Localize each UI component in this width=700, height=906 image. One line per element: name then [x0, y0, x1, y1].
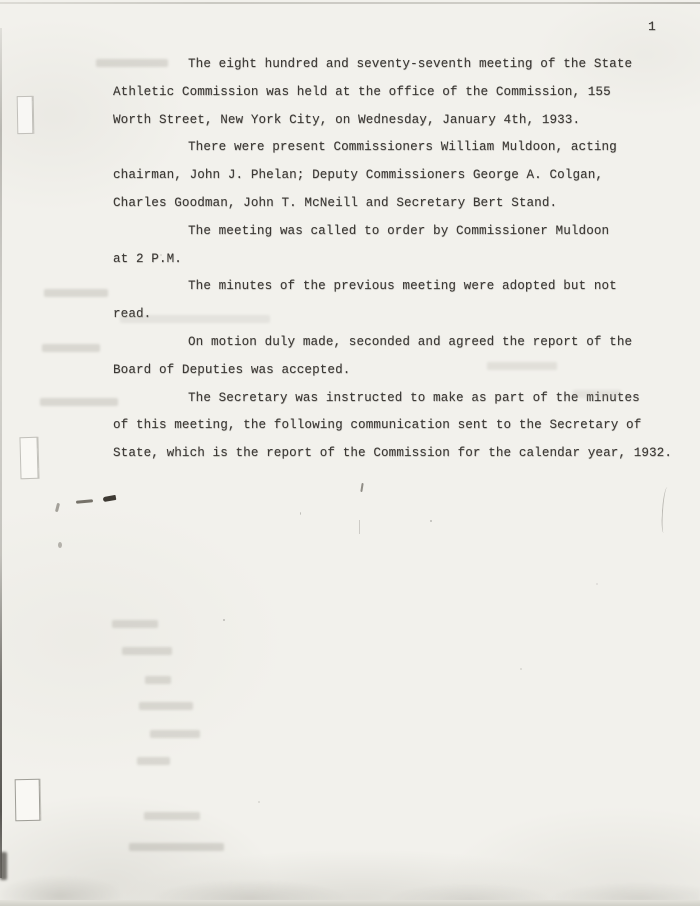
pen-tick-mark: [58, 542, 62, 548]
faint-scratch-mark: [359, 520, 360, 534]
page-top-edge: [0, 2, 700, 4]
page-bottom-edge: [0, 900, 700, 906]
ghost-smudge: [137, 757, 170, 765]
text-line: of this meeting, the following communica…: [113, 412, 658, 440]
text-line: Worth Street, New York City, on Wednesda…: [113, 107, 658, 135]
text-line: at 2 P.M.: [113, 246, 658, 274]
text-line: On motion duly made, seconded and agreed…: [113, 329, 658, 357]
ghost-smudge: [144, 812, 200, 820]
text-line: chairman, John J. Phelan; Deputy Commiss…: [113, 162, 658, 190]
paragraph-call-to-order: The meeting was called to order by Commi…: [113, 218, 658, 274]
ghost-smudge: [139, 702, 193, 710]
scan-speck: [596, 583, 598, 585]
ghost-smudge: [129, 843, 224, 851]
paragraph-meeting-intro: The eight hundred and seventy-seventh me…: [113, 51, 658, 134]
hairline-scan-artifact: [661, 487, 670, 533]
ghost-smudge: [122, 647, 172, 655]
text-line: The minutes of the previous meeting were…: [113, 273, 658, 301]
text-line: State, which is the report of the Commis…: [113, 440, 658, 468]
scan-speck: [223, 619, 225, 621]
punch-hole: [17, 96, 34, 134]
ghost-smudge: [120, 315, 270, 323]
paragraph-deputies-report: On motion duly made, seconded and agreed…: [113, 329, 658, 385]
text-line: The meeting was called to order by Commi…: [113, 218, 658, 246]
punch-hole: [15, 779, 41, 821]
text-line: Charles Goodman, John T. McNeill and Sec…: [113, 190, 658, 218]
scan-speck: [300, 512, 301, 515]
scan-speck: [520, 668, 522, 670]
ghost-smudge: [150, 730, 200, 738]
text-line: There were present Commissioners William…: [113, 134, 658, 162]
pen-dash-mark: [103, 495, 117, 502]
ghost-smudge: [487, 362, 557, 370]
page-left-edge: [0, 28, 2, 878]
ghost-smudge: [40, 398, 118, 406]
text-line: The Secretary was instructed to make as …: [113, 385, 658, 413]
text-line: Athletic Commission was held at the offi…: [113, 79, 658, 107]
page-number: 1: [648, 19, 656, 34]
scan-speck: [430, 520, 432, 522]
ghost-smudge: [42, 344, 100, 352]
document-text: The eight hundred and seventy-seventh me…: [113, 51, 658, 468]
scan-speck: [160, 254, 162, 256]
ghost-smudge: [96, 59, 168, 67]
pen-tick-mark: [55, 503, 60, 512]
ghost-smudge: [145, 676, 171, 684]
ghost-smudge: [44, 289, 108, 297]
pen-dash-mark: [76, 499, 93, 503]
scanned-document-page: 1 The eight hundred and seventy-seventh …: [0, 0, 700, 906]
scan-speck: [258, 801, 260, 803]
text-line: The eight hundred and seventy-seventh me…: [113, 51, 658, 79]
bottom-mottling: [0, 858, 700, 902]
stray-apostrophe-mark: [360, 483, 363, 492]
paragraph-attendees: There were present Commissioners William…: [113, 134, 658, 217]
ghost-smudge: [112, 620, 158, 628]
punch-hole: [19, 437, 38, 479]
ghost-smudge: [573, 390, 621, 398]
corner-ink-blot: [0, 852, 7, 880]
text-line: Board of Deputies was accepted.: [113, 357, 658, 385]
